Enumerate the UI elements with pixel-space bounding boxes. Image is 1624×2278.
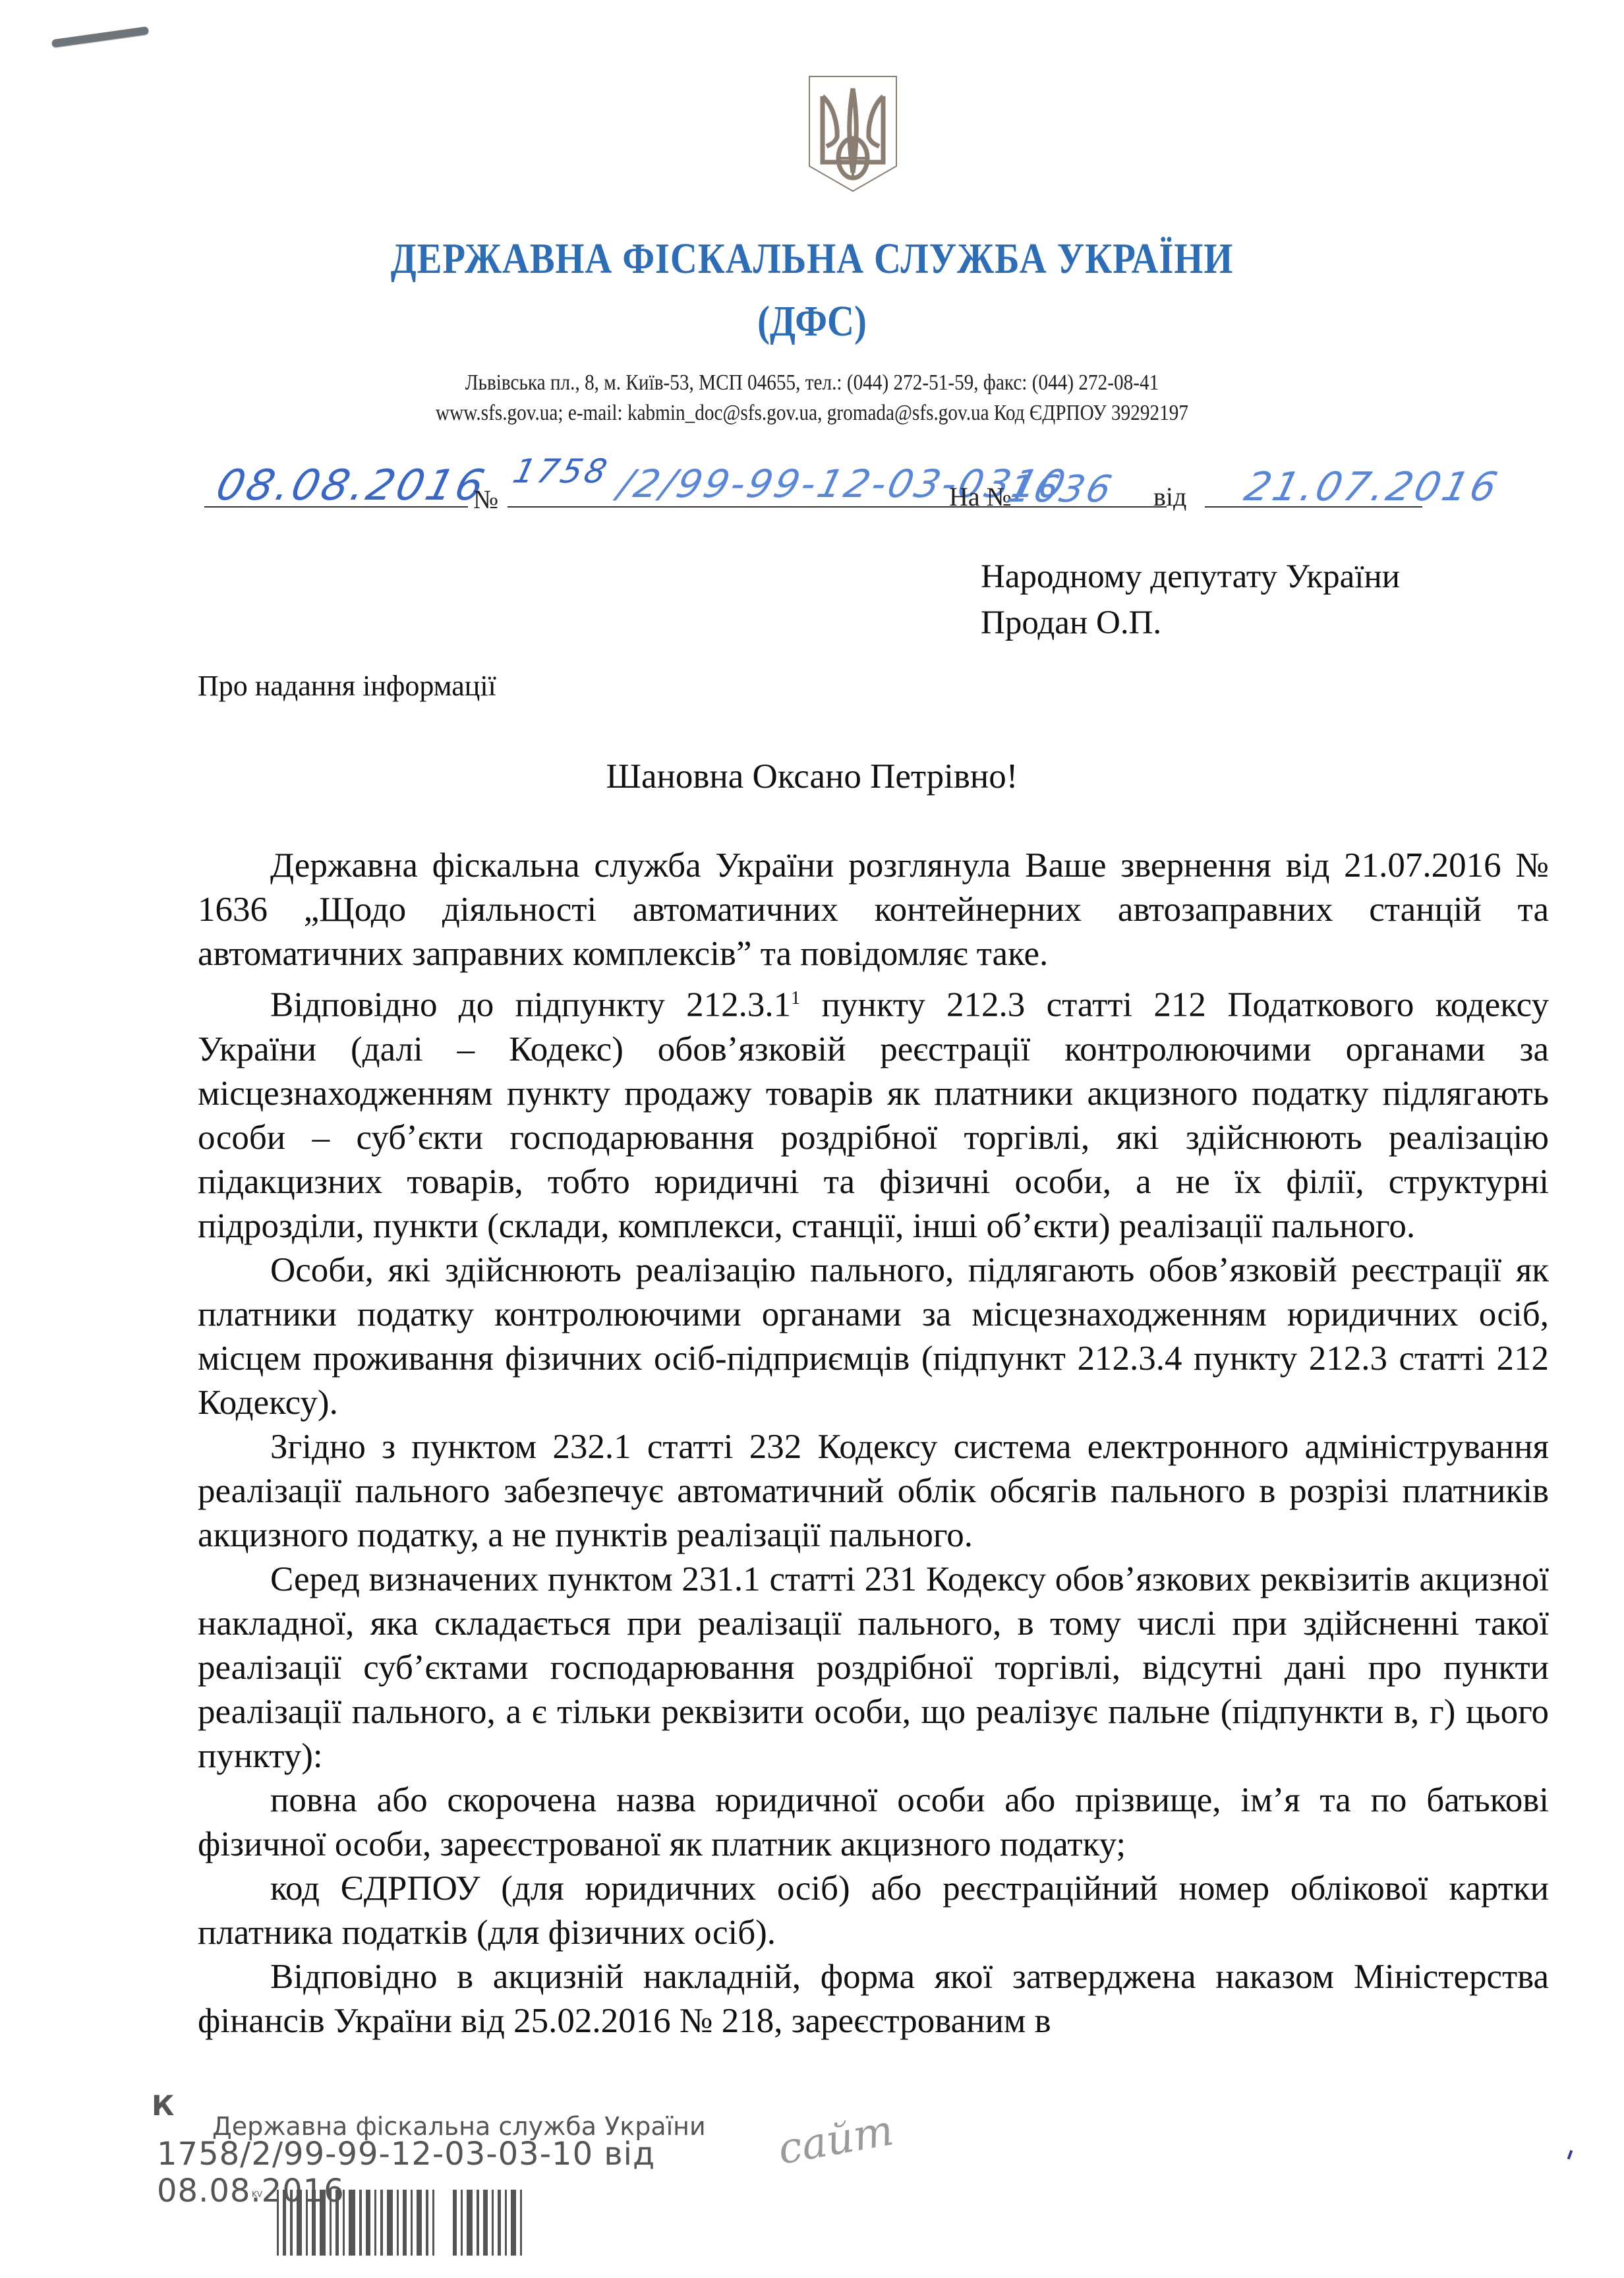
pencil-note: сайт — [774, 2106, 897, 2174]
from-label: від — [1153, 481, 1186, 512]
stamp-kv-label: KV — [252, 2190, 262, 2199]
letter-body: Державна фіскальна служба України розгля… — [198, 844, 1549, 2043]
outgoing-number-part1: 1758 — [509, 452, 614, 490]
footnote-mark: 1 — [791, 988, 800, 1008]
staple-mark — [51, 26, 149, 47]
letter-subject: Про надання інформації — [198, 669, 496, 703]
pen-mark — [1567, 2150, 1573, 2160]
incoming-date-underline — [1205, 505, 1422, 508]
stamp-letter: К — [152, 2089, 174, 2122]
barcode-icon — [277, 2190, 526, 2256]
body-list-item: код ЄДРПОУ (для юридичних осіб) або реєс… — [198, 1867, 1549, 1955]
body-paragraph: Відповідно до підпункту 212.3.11 пункту … — [198, 976, 1549, 1248]
address-line: Львівська пл., 8, м. Київ-53, МСП 04655,… — [113, 370, 1510, 395]
body-paragraph: Державна фіскальна служба України розгля… — [198, 844, 1549, 976]
reference-line: 08.08.2016 № 1758 /2/99-99-12-03-0310 На… — [198, 461, 1621, 540]
body-list-item: повна або скорочена назва юридичної особ… — [198, 1778, 1549, 1867]
body-paragraph: Відповідно в акцизній накладній, форма я… — [198, 1955, 1549, 2043]
body-paragraph: Серед визначених пунктом 231.1 статті 23… — [198, 1558, 1549, 1778]
org-title: ДЕРЖАВНА ФІСКАЛЬНА СЛУЖБА УКРАЇНИ — [113, 234, 1510, 284]
number-label: № — [473, 484, 498, 515]
body-paragraph: Особи, які здійснюють реалізацію пальног… — [198, 1248, 1549, 1425]
tryzub-coat-of-arms-icon — [808, 74, 898, 192]
date-underline — [204, 505, 468, 508]
incoming-number-underline — [979, 505, 1144, 508]
addressee-name: Продан О.П. — [981, 600, 1400, 646]
contact-web-email-line: www.sfs.gov.ua; e-mail: kabmin_doc@sfs.g… — [113, 401, 1510, 426]
addressee-title: Народному депутату України — [981, 554, 1400, 600]
salutation: Шановна Оксано Петрівно! — [0, 757, 1624, 796]
org-abbreviation: (ДФС) — [113, 297, 1510, 347]
outgoing-date: 08.08.2016 — [212, 461, 492, 510]
body-paragraph: Згідно з пунктом 232.1 статті 232 Кодекс… — [198, 1425, 1549, 1558]
addressee-block: Народному депутату України Продан О.П. — [981, 554, 1400, 646]
incoming-date: 21.07.2016 — [1240, 464, 1504, 510]
